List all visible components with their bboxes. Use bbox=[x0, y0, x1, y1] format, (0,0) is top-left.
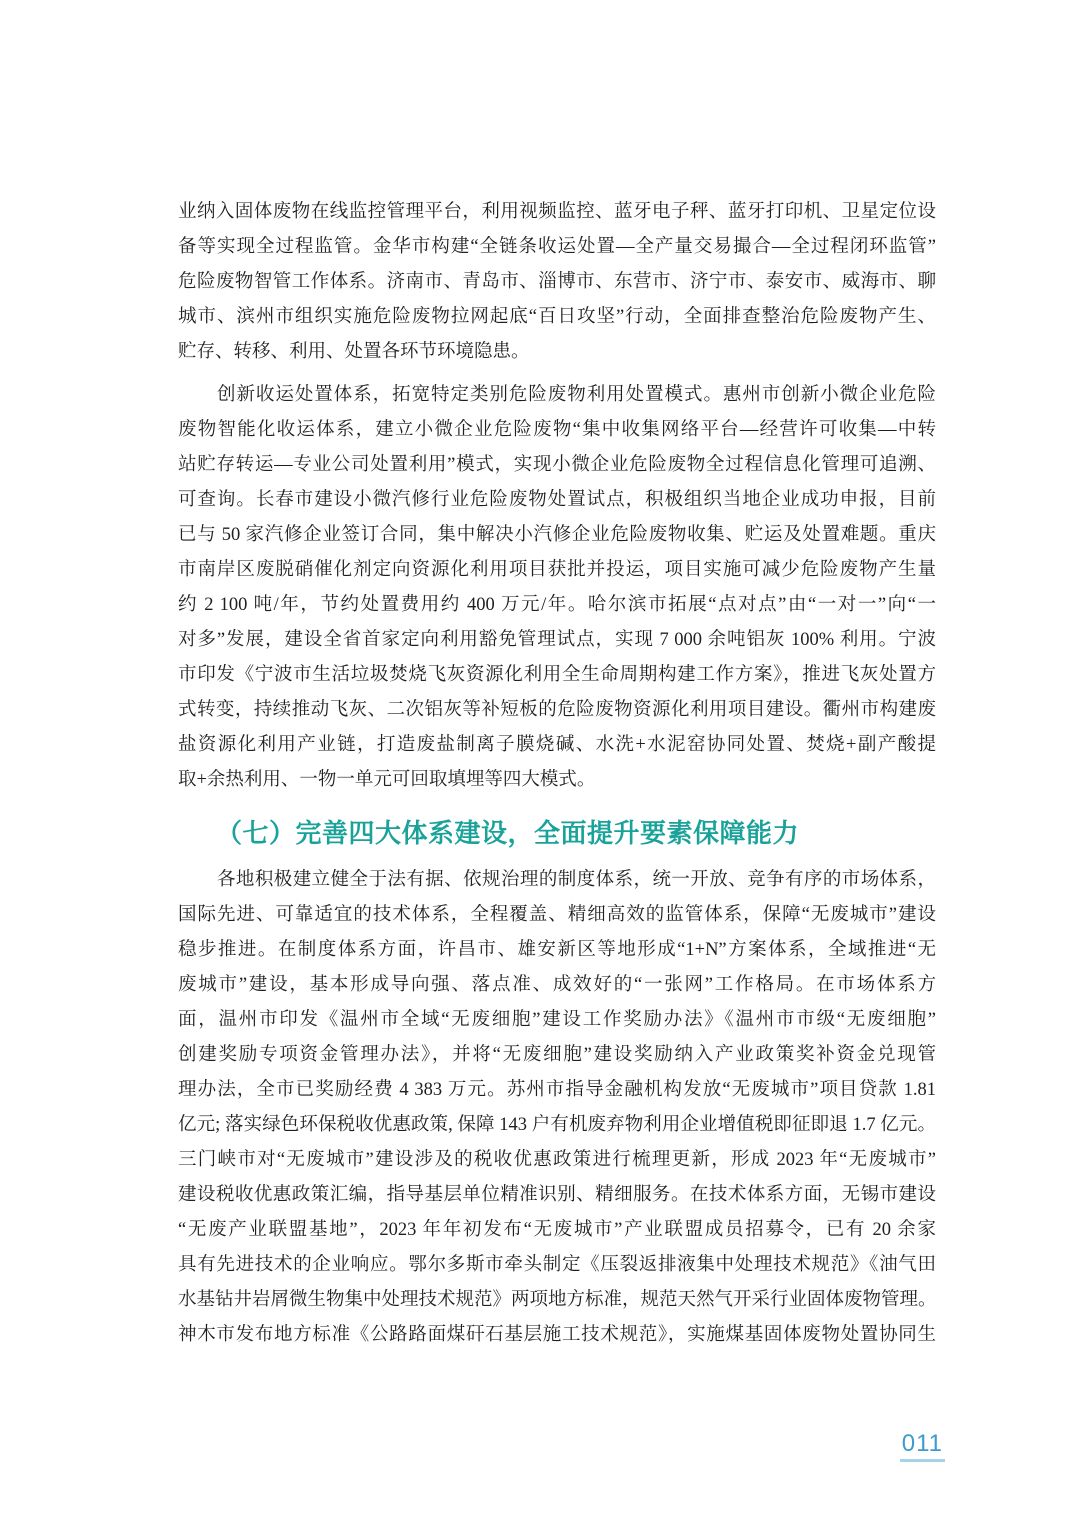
text-line: 具有先进技术的企业响应。鄂尔多斯市牵头制定《压裂返排液集中处理技术规范》《油气田 bbox=[178, 1248, 936, 1283]
text-line: 市南岸区废脱硝催化剂定向资源化利用项目获批并投运，项目实施可减少危险废物产生量 bbox=[178, 553, 936, 588]
text-line: 建设税收优惠政策汇编，指导基层单位精准识别、精细服务。在技术体系方面，无锡市建设 bbox=[178, 1178, 936, 1213]
text-line: 亿元; 落实绿色环保税收优惠政策, 保障 143 户有机废弃物利用企业增值税即征… bbox=[178, 1108, 936, 1143]
text-line: 市印发《宁波市生活垃圾焚烧飞灰资源化利用全生命周期构建工作方案》，推进飞灰处置方 bbox=[178, 658, 936, 693]
page-footer: 011 bbox=[900, 1432, 945, 1462]
text-line: “无废产业联盟基地”，2023 年年初发布“无废城市”产业联盟成员招募令，已有 … bbox=[178, 1213, 936, 1248]
text-line: 危险废物智管工作体系。济南市、青岛市、淄博市、东营市、济宁市、泰安市、威海市、聊 bbox=[178, 265, 936, 300]
text-line: 稳步推进。在制度体系方面，许昌市、雄安新区等地形成“1+N”方案体系，全域推进“… bbox=[178, 933, 936, 968]
text-line: 国际先进、可靠适宜的技术体系，全程覆盖、精细高效的监管体系，保障“无废城市”建设 bbox=[178, 898, 936, 933]
text-line: 式转变，持续推动飞灰、二次铝灰等补短板的危险废物资源化利用项目建设。衢州市构建废 bbox=[178, 693, 936, 728]
text-line: 神木市发布地方标准《公路路面煤矸石基层施工技术规范》，实施煤基固体废物处置协同生 bbox=[178, 1318, 936, 1353]
text-line: 水基钻井岩屑微生物集中处理技术规范》两项地方标准，规范天然气开采行业固体废物管理… bbox=[178, 1283, 936, 1318]
text-line: 三门峡市对“无废城市”建设涉及的税收优惠政策进行梳理更新，形成 2023 年“无… bbox=[178, 1143, 936, 1178]
text-line: 创建奖励专项资金管理办法》，并将“无废细胞”建设奖励纳入产业政策奖补资金兑现管 bbox=[178, 1038, 936, 1073]
text-line: 城市、滨州市组织实施危险废物拉网起底“百日攻坚”行动，全面排查整治危险废物产生、 bbox=[178, 300, 936, 335]
paragraph: 各地积极建立健全于法有据、依规治理的制度体系，统一开放、竞争有序的市场体系，国际… bbox=[178, 863, 936, 1353]
text-line: 废物智能化收运体系，建立小微企业危险废物“集中收集网络平台—经营许可收集—中转 bbox=[178, 413, 936, 448]
page-number: 011 bbox=[900, 1432, 945, 1462]
text-line: 各地积极建立健全于法有据、依规治理的制度体系，统一开放、竞争有序的市场体系， bbox=[178, 863, 936, 898]
paragraph: 创新收运处置体系，拓宽特定类别危险废物利用处置模式。惠州市创新小微企业危险废物智… bbox=[178, 378, 936, 798]
page-content: 业纳入固体废物在线监控管理平台，利用视频监控、蓝牙电子秤、蓝牙打印机、卫星定位设… bbox=[178, 195, 936, 1353]
text-line: 已与 50 家汽修企业签订合同，集中解决小汽修企业危险废物收集、贮运及处置难题。… bbox=[178, 518, 936, 553]
text-line: 贮存、转移、利用、处置各环节环境隐患。 bbox=[178, 335, 936, 370]
text-line: 备等实现全过程监管。金华市构建“全链条收运处置—全产量交易撮合—全过程闭环监管” bbox=[178, 230, 936, 265]
text-line: 创新收运处置体系，拓宽特定类别危险废物利用处置模式。惠州市创新小微企业危险 bbox=[178, 378, 936, 413]
text-line: 面，温州市印发《温州市全域“无废细胞”建设工作奖励办法》《温州市市级“无废细胞” bbox=[178, 1003, 936, 1038]
text-line: 业纳入固体废物在线监控管理平台，利用视频监控、蓝牙电子秤、蓝牙打印机、卫星定位设 bbox=[178, 195, 936, 230]
text-line: 对多”发展，建设全省首家定向利用豁免管理试点，实现 7 000 余吨铝灰 100… bbox=[178, 623, 936, 658]
paragraph: 业纳入固体废物在线监控管理平台，利用视频监控、蓝牙电子秤、蓝牙打印机、卫星定位设… bbox=[178, 195, 936, 370]
text-line: 可查询。长春市建设小微汽修行业危险废物处置试点，积极组织当地企业成功申报，目前 bbox=[178, 483, 936, 518]
text-line: 理办法，全市已奖励经费 4 383 万元。苏州市指导金融机构发放“无废城市”项目… bbox=[178, 1073, 936, 1108]
section-heading: （七）完善四大体系建设，全面提升要素保障能力 bbox=[178, 813, 936, 853]
text-line: 盐资源化利用产业链，打造废盐制离子膜烧碱、水洗+水泥窑协同处置、焚烧+副产酸提 bbox=[178, 728, 936, 763]
text-line: 取+余热利用、一物一单元可回取填埋等四大模式。 bbox=[178, 763, 936, 798]
text-line: 站贮存转运—专业公司处置利用”模式，实现小微企业危险废物全过程信息化管理可追溯、 bbox=[178, 448, 936, 483]
document-page: 业纳入固体废物在线监控管理平台，利用视频监控、蓝牙电子秤、蓝牙打印机、卫星定位设… bbox=[0, 0, 1080, 1527]
text-line: 约 2 100 吨/年，节约处置费用约 400 万元/年。哈尔滨市拓展“点对点”… bbox=[178, 588, 936, 623]
text-line: 废城市”建设，基本形成导向强、落点准、成效好的“一张网”工作格局。在市场体系方 bbox=[178, 968, 936, 1003]
